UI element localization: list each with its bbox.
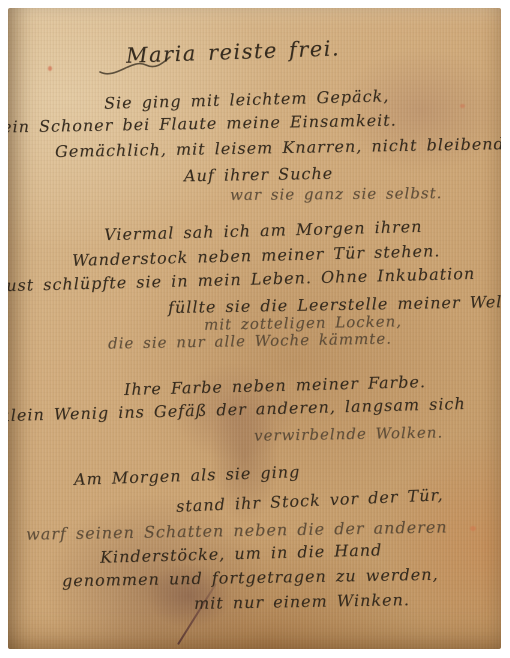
poem-line: warf seinen Schatten neben die der ander…: [26, 517, 448, 543]
poem-line: genommen und fortgetragen zu werden,: [62, 565, 439, 591]
poem-line: Sie ging mit leichtem Gepäck,: [104, 86, 390, 112]
parchment-page: Maria reiste frei. Sie ging mit leichtem…: [8, 8, 501, 649]
poem-line: verwirbelnde Wolken.: [254, 423, 443, 444]
poem-line: mit nur einem Winken.: [194, 590, 410, 613]
poem-line: stand ihr Stock vor der Tür,: [176, 485, 444, 516]
poem-line: Am Morgen als sie ging: [74, 462, 301, 489]
poem-line: Auf ihrer Suche: [184, 164, 333, 186]
poem-line: die sie nur alle Woche kämmte.: [108, 330, 392, 353]
poem-line: Gemächlich, mit leisem Knarren, nicht bl…: [55, 134, 501, 161]
poem-line: Ihre Farbe neben meiner Farbe.: [124, 372, 426, 399]
poem-line: klein Wenig ins Gefäß der anderen, langs…: [8, 394, 466, 425]
poem-title: Maria reiste frei.: [126, 36, 341, 67]
poem-line: ein Schoner bei Flaute meine Einsamkeit.: [8, 111, 397, 137]
poem-line: war sie ganz sie selbst.: [230, 184, 443, 204]
photo-frame: Maria reiste frei. Sie ging mit leichtem…: [0, 0, 510, 658]
poem-line: Viermal sah ich am Morgen ihren: [104, 217, 423, 244]
poem-line: Kinderstöcke, um in die Hand: [100, 540, 383, 566]
poem: Maria reiste frei. Sie ging mit leichtem…: [8, 8, 501, 649]
